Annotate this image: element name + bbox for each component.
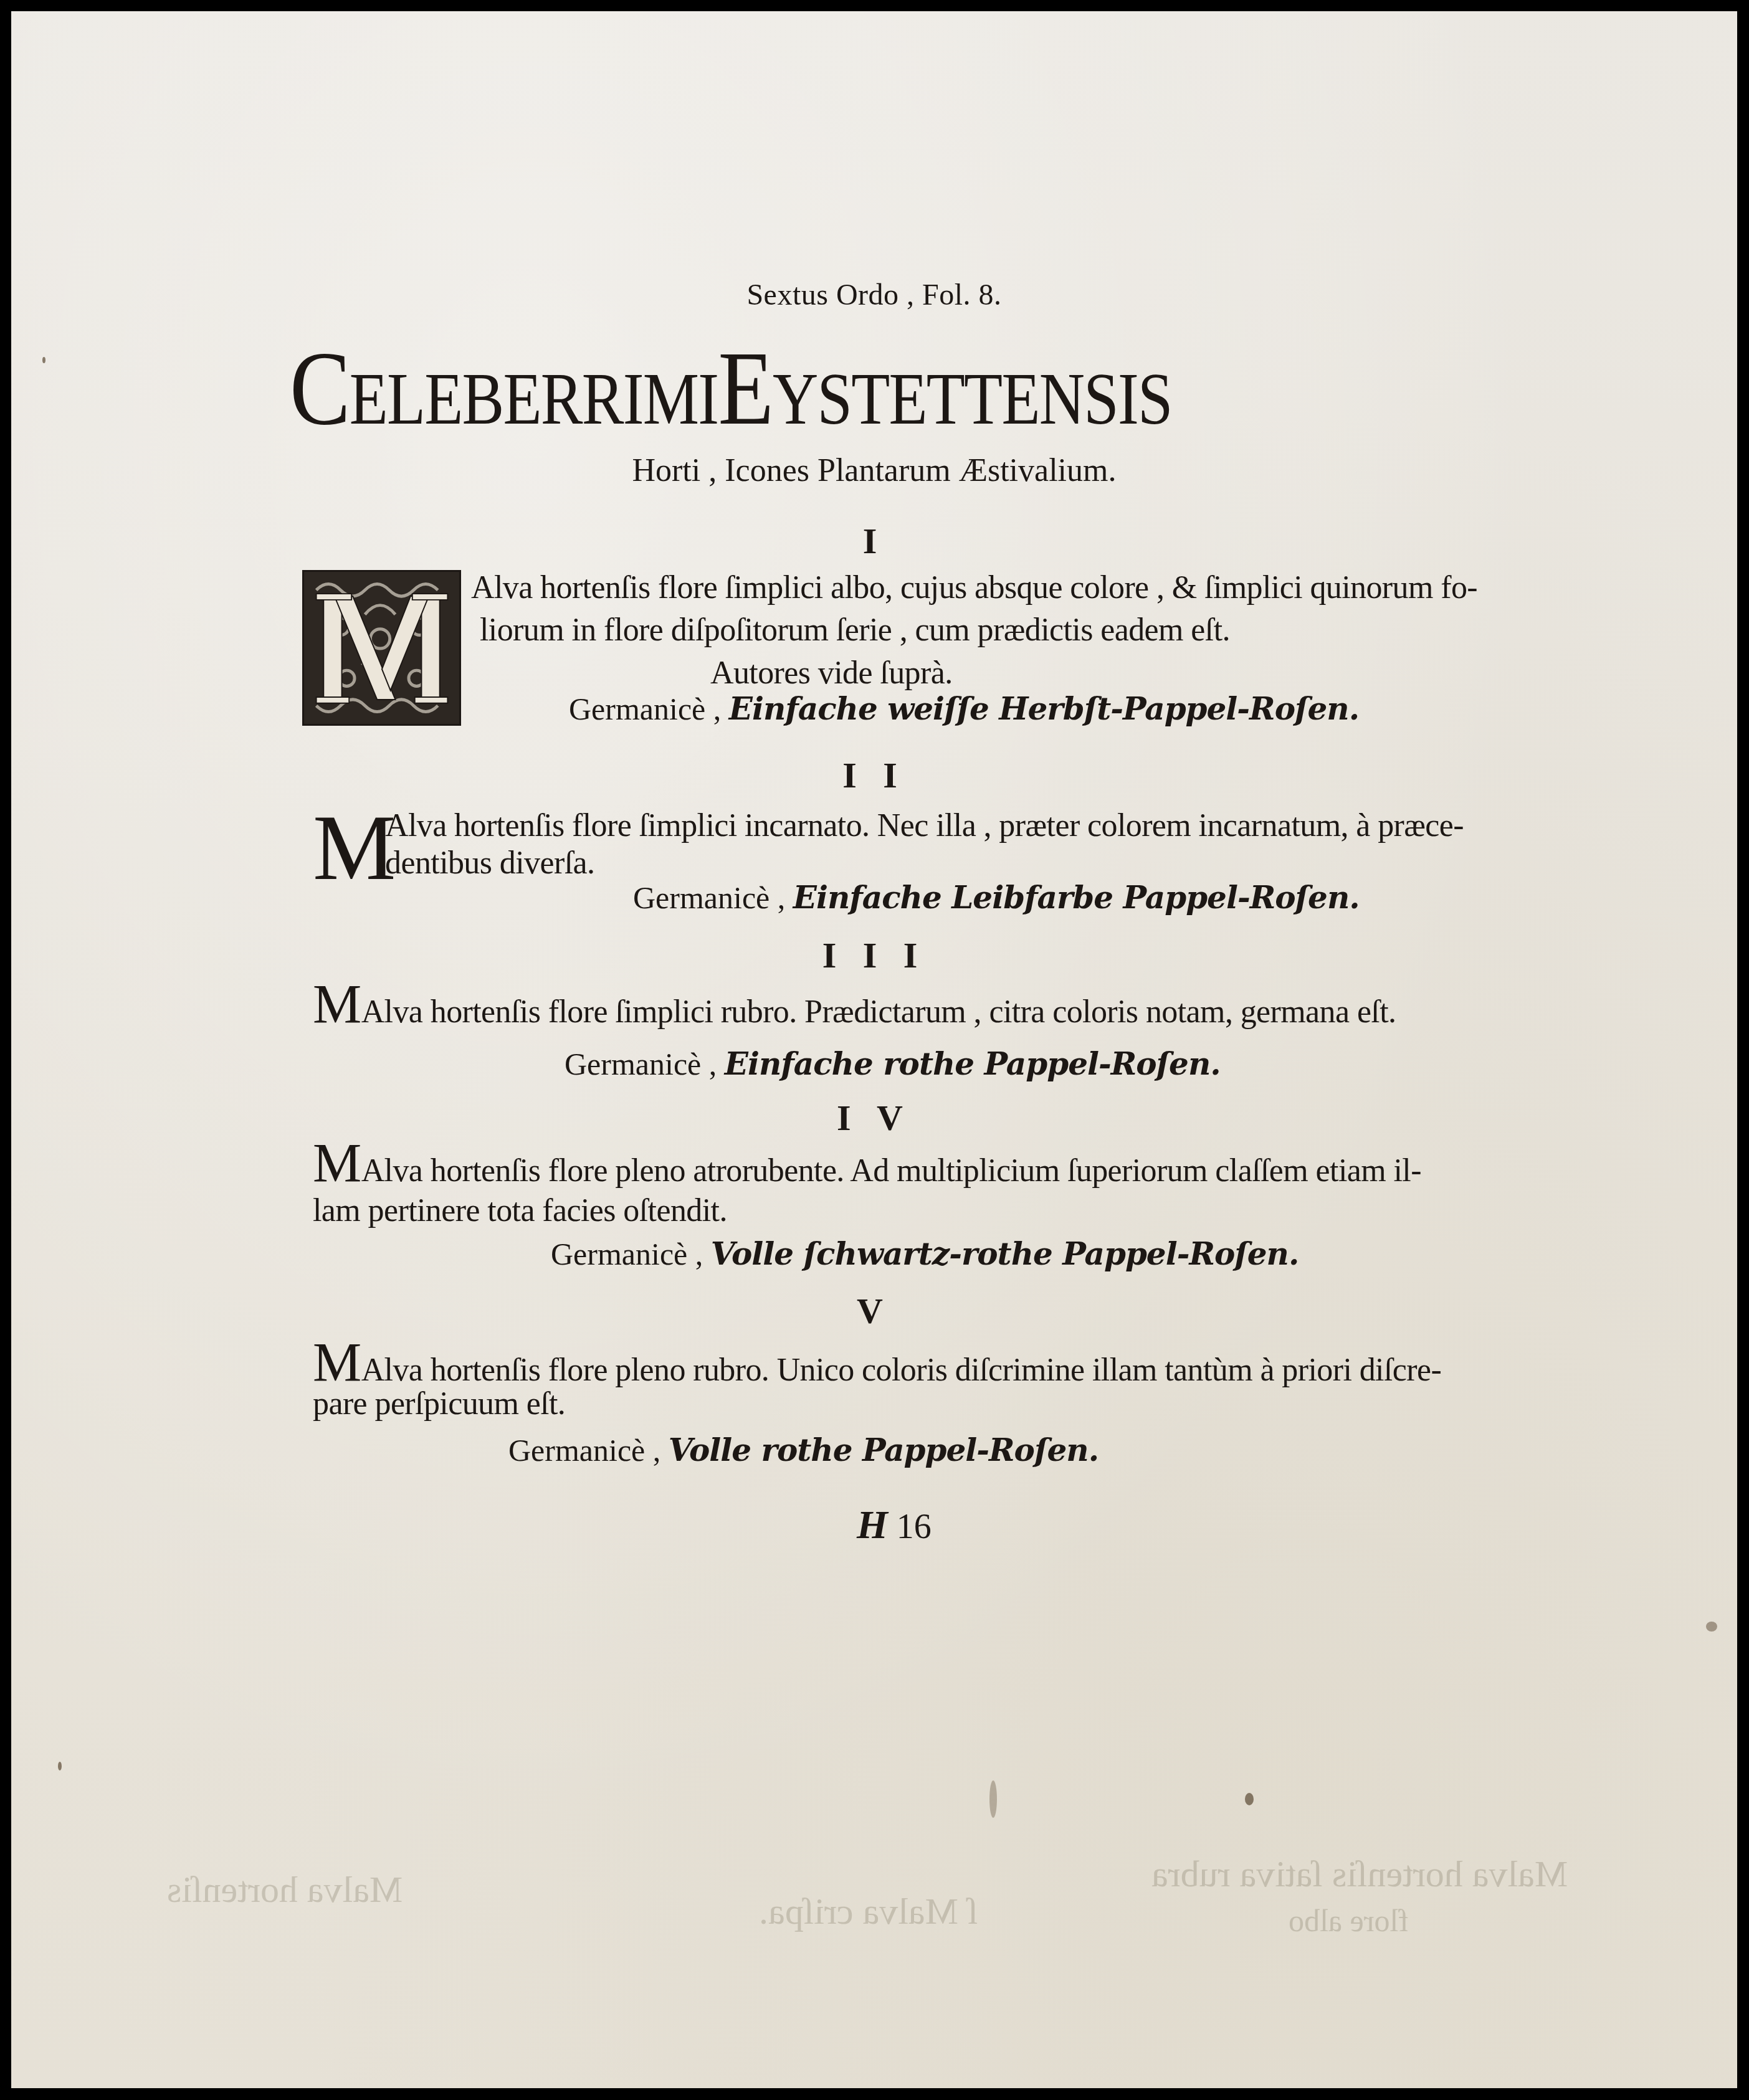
entry-text-line: Alva hortenſis flore ſimplici albo, cuju…	[471, 572, 1477, 604]
german-name-line: Germanicè , Volle rothe Pappel-Roſen.	[508, 1435, 1098, 1466]
paper-speck	[58, 1762, 62, 1770]
title-word-1: ELEBERRIMI	[350, 358, 718, 440]
entry-text: Alva hortenſis flore pleno atrorubente. …	[361, 1153, 1421, 1189]
paper-speck	[989, 1780, 997, 1818]
entry-text-line: pare perſpicuum eſt.	[313, 1388, 565, 1420]
entry-numeral: I I I	[11, 938, 1737, 974]
entry-text-line: Alva hortenſis flore ſimplici incarnato.…	[385, 810, 1464, 842]
german-name: Volle ſchwartz-rothe Pappel-Roſen.	[711, 1235, 1299, 1272]
paper-speck	[1245, 1793, 1254, 1805]
german-name-line: Germanicè , Einfache weiſſe Herbſt-Pappe…	[569, 693, 1359, 725]
paper-speck	[1706, 1622, 1717, 1632]
show-through-text: ſ Malva criſpa.	[759, 1893, 978, 1930]
german-name: Volle rothe Pappel-Roſen.	[669, 1432, 1098, 1468]
ornate-initial-m	[302, 570, 461, 726]
signature-number: 16	[897, 1508, 932, 1546]
title-initial-e: E	[718, 330, 773, 447]
show-through-text: flore albo	[1289, 1905, 1409, 1936]
title-word-2: YSTETTENSIS	[773, 358, 1172, 440]
paper-speck	[42, 357, 45, 363]
german-name-line: Germanicè , Einfache rothe Pappel-Roſen.	[565, 1048, 1221, 1080]
signature-letter: H	[857, 1503, 888, 1547]
entry-text-line: liorum in flore diſpoſitorum ſerie , cum…	[480, 614, 1230, 647]
entry-text-line: dentibus diverſa.	[385, 847, 594, 880]
german-label: Germanicè ,	[551, 1237, 703, 1271]
document-page: Sextus Ordo , Fol. 8. CELEBERRIMIEYSTETT…	[11, 11, 1737, 2088]
inline-cap-m: M	[313, 1333, 361, 1393]
page-title: CELEBERRIMIEYSTETTENSIS	[290, 335, 1172, 441]
show-through-text: Malva hortenſis ſativa rubra	[1151, 1855, 1568, 1893]
german-label: Germanicè ,	[565, 1047, 717, 1081]
entry-text-line: MAlva hortenſis flore pleno rubro. Unico…	[313, 1341, 1441, 1387]
german-name: Einfache Leibfarbe Pappel-Roſen.	[793, 879, 1360, 916]
entry-note: Autores vide ſuprà.	[710, 657, 953, 690]
entry-numeral: I V	[11, 1100, 1737, 1136]
decorated-letter-m-icon	[304, 572, 459, 724]
title-initial-c: C	[290, 330, 350, 447]
show-through-text: Malva hortenſis	[167, 1871, 403, 1908]
entry-text: Alva hortenſis flore ſimplici rubro. Præ…	[361, 994, 1396, 1030]
entry-text-line: MAlva hortenſis flore pleno atrorubente.…	[313, 1142, 1421, 1187]
running-head: Sextus Ordo , Fol. 8.	[11, 280, 1737, 310]
german-name: Einfache rothe Pappel-Roſen.	[725, 1045, 1221, 1082]
german-label: Germanicè ,	[508, 1433, 660, 1468]
entry-numeral: I	[11, 523, 1737, 559]
inline-cap-m: M	[313, 1133, 361, 1194]
inline-cap-m: M	[313, 974, 361, 1035]
entry-text-line: MAlva hortenſis flore ſimplici rubro. Pr…	[313, 983, 1396, 1029]
entry-numeral: I I	[11, 758, 1737, 794]
signature-mark: H 16	[857, 1505, 932, 1545]
entry-numeral: V	[11, 1293, 1737, 1329]
german-name-line: Germanicè , Volle ſchwartz-rothe Pappel-…	[551, 1238, 1299, 1270]
german-name-line: Germanicè , Einfache Leibfarbe Pappel-Ro…	[633, 882, 1360, 913]
entry-text-line: lam pertinere tota facies oſtendit.	[313, 1195, 727, 1227]
german-label: Germanicè ,	[569, 691, 721, 726]
entry-text: Alva hortenſis flore pleno rubro. Unico …	[361, 1352, 1441, 1388]
drop-cap-m: M	[313, 801, 396, 895]
german-label: Germanicè ,	[633, 880, 785, 915]
german-name: Einfache weiſſe Herbſt-Pappel-Roſen.	[729, 690, 1359, 727]
page-subtitle: Horti , Icones Plantarum Æstivalium.	[11, 455, 1737, 487]
